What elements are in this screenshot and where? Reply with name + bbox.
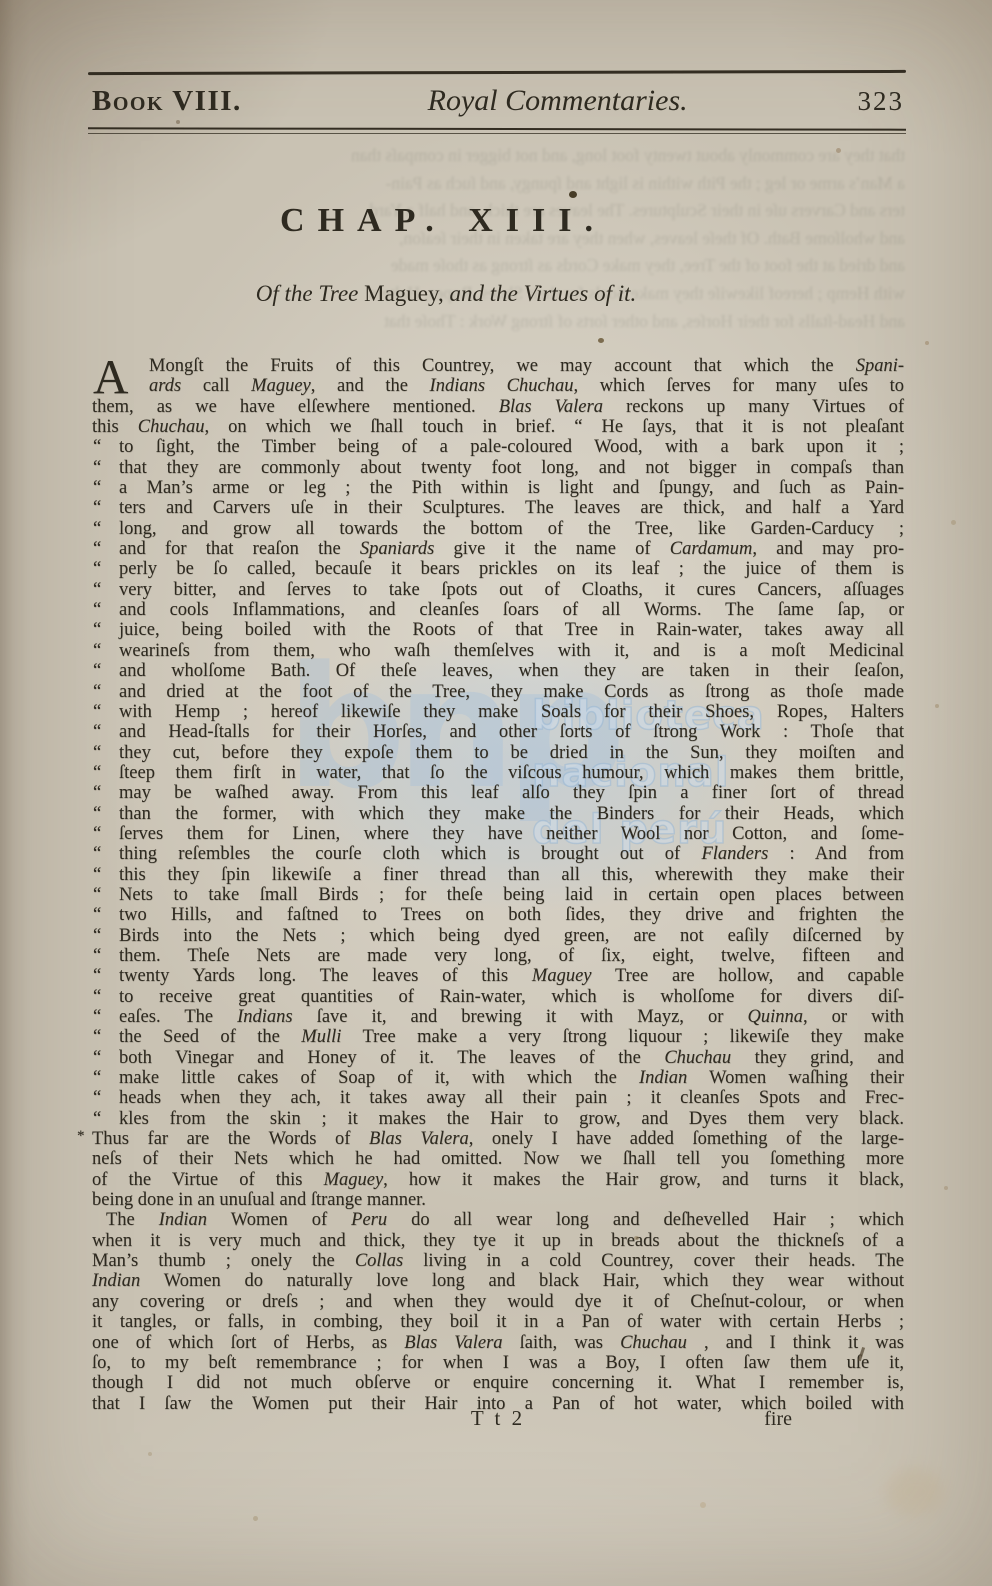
text-line: ards call Maguey, and the Indians Chucha… — [92, 376, 904, 396]
text-line: though I did not much obſerve or enquire… — [92, 1373, 904, 1393]
quote-mark: “ — [93, 905, 101, 925]
text-line: this Chuchau, on which we ſhall touch in… — [92, 417, 904, 437]
quote-mark: “ — [93, 539, 101, 559]
text-line: “to ſight, the Timber being of a pale-co… — [92, 437, 904, 457]
quote-mark: “ — [93, 763, 101, 783]
ink-spot — [569, 191, 577, 198]
paper-stain — [886, 1468, 944, 1516]
text-line: “make little cakes of Soap of it, with w… — [92, 1068, 904, 1088]
text-line: “both Vinegar and Honey of it. The leave… — [92, 1048, 904, 1068]
catchword: fire — [764, 1408, 792, 1431]
text-line: “a Man’s arme or leg ; the Pith within i… — [92, 478, 904, 498]
text-line: “wearineſs from them, who waſh themſelve… — [92, 641, 904, 661]
foxing-spot — [944, 1186, 948, 1190]
text-line: Mongſt the Fruits of this Countrey, we m… — [92, 356, 904, 376]
text-line: “long, and grow all towards the bottom o… — [92, 519, 904, 539]
text-line: Indian Women do naturally love long and … — [92, 1271, 904, 1291]
quote-mark: “ — [93, 1088, 101, 1108]
text-line: “that they are commonly about twenty foo… — [92, 458, 904, 478]
text-line: when it is very much and thick, they tye… — [92, 1231, 904, 1251]
text-line: “and cools Inflammations, and cleanſes ſ… — [92, 600, 904, 620]
text-line: “may be waſhed away. From this leaf alſo… — [92, 783, 904, 803]
text-line: “than the former, with which they make t… — [92, 804, 904, 824]
text-line: “and wholſome Bath. Of theſe leaves, whe… — [92, 661, 904, 681]
quote-mark: “ — [93, 987, 101, 1007]
text-line: “and for that reaſon the Spaniards give … — [92, 539, 904, 559]
quote-mark: “ — [93, 702, 101, 722]
text-line: “this they ſpin likewiſe a finer thread … — [92, 865, 904, 885]
text-line: “kles from the skin ; it makes the Hair … — [92, 1109, 904, 1129]
quote-mark: “ — [93, 1007, 101, 1027]
quote-mark: “ — [93, 722, 101, 742]
text-line: “thing reſembles the courſe cloth which … — [92, 844, 904, 864]
text-line: “they cut, before they expoſe them to be… — [92, 743, 904, 763]
foxing-spot — [880, 918, 885, 923]
text-line: “with Hemp ; hereof likewiſe they make S… — [92, 702, 904, 722]
text-line: “the Seed of the Mulli Tree make a very … — [92, 1027, 904, 1047]
header-rule-bottom — [88, 127, 906, 130]
text-line: “Nets to take ſmall Birds ; for theſe be… — [92, 885, 904, 905]
text-line: “Birds into the Nets ; which being dyed … — [92, 926, 904, 946]
running-title: Royal Commentaries. — [250, 84, 866, 118]
book-page-scan: Book VIII. Royal Commentaries. 323 that … — [0, 0, 992, 1586]
quote-mark: “ — [93, 620, 101, 640]
foxing-spot — [148, 1452, 152, 1456]
bleedthrough-line: and dried at the foot of the Tree, they … — [95, 252, 905, 280]
body-text: A Mongſt the Fruits of this Countrey, we… — [92, 356, 904, 1414]
text-line: neſs of their Nets which he had omitted.… — [92, 1149, 904, 1169]
quote-mark: “ — [93, 580, 101, 600]
text-line: “and Head-ſtalls for their Horſes, and o… — [92, 722, 904, 742]
text-line: Man’s thumb ; onely the Collas living in… — [92, 1251, 904, 1271]
quote-mark: “ — [93, 885, 101, 905]
text-line: “and dried at the foot of the Tree, they… — [92, 682, 904, 702]
text-line: “them. Theſe Nets are made very long, of… — [92, 946, 904, 966]
text-line: “juice, being boiled with the Roots of t… — [92, 620, 904, 640]
bleedthrough-line: that they are commonly about twenty foot… — [95, 142, 905, 170]
bleedthrough-line: and Head-ſtalls for their Horſes, and ot… — [95, 308, 905, 336]
foxing-spot — [176, 120, 180, 124]
text-line: one of which ſort of Herbs, as Blas Vale… — [92, 1333, 904, 1353]
text-line: any covering or dreſs ; and when they wo… — [92, 1292, 904, 1312]
quote-mark: “ — [93, 641, 101, 661]
text-line: them, as we have elſewhere mentioned. Bl… — [92, 397, 904, 417]
quote-mark: “ — [93, 926, 101, 946]
quote-mark: “ — [93, 966, 101, 986]
text-line: being done in an unuſual and ſtrange man… — [92, 1190, 904, 1210]
quote-mark: “ — [93, 804, 101, 824]
text-line: “two Hills, and faſtned to Trees on both… — [92, 905, 904, 925]
foxing-spot — [836, 148, 841, 153]
quote-mark: “ — [93, 1068, 101, 1088]
foxing-spot — [925, 341, 929, 345]
text-line: “ſerves them for Linen, where they have … — [92, 824, 904, 844]
page-footer: T t 2 fire — [92, 1406, 904, 1431]
foxing-spot — [253, 1516, 258, 1521]
text-line: it tangles, or falls, in combing, they b… — [92, 1312, 904, 1332]
text-line: “heads when they ach, it takes away all … — [92, 1088, 904, 1108]
book-label: Book VIII. — [92, 85, 242, 118]
text-line: “twenty Yards long. The leaves of this M… — [92, 966, 904, 986]
bleedthrough-line: a Man’s arme or leg ; the Pith within is… — [95, 170, 905, 198]
text-line: *Thus far are the Words of Blas Valera, … — [92, 1129, 904, 1149]
text-line: “to receive great quantities of Rain-wat… — [92, 987, 904, 1007]
quote-mark: “ — [93, 437, 101, 457]
text-line: The Indian Women of Peru do all wear lon… — [92, 1210, 904, 1230]
header-rule-bottom-thin — [88, 133, 906, 134]
quote-mark: “ — [93, 1048, 101, 1068]
text-line: “ſteep them firſt in water, that ſo the … — [92, 763, 904, 783]
foxing-spot — [634, 1236, 639, 1240]
quote-mark: “ — [93, 844, 101, 864]
chapter-heading: CHAP. XIII. — [37, 202, 849, 240]
quote-mark: “ — [93, 946, 101, 966]
text-line: “ters and Carvers uſe in their Sculpture… — [92, 498, 904, 518]
text-line: “perly be ſo called, becauſe it bears pr… — [92, 559, 904, 579]
margin-note-marker: * — [77, 1126, 85, 1146]
quote-mark: “ — [93, 824, 101, 844]
text-line: of the Virtue of this Maguey, how it mak… — [92, 1170, 904, 1190]
quote-mark: “ — [93, 682, 101, 702]
quote-mark: “ — [93, 519, 101, 539]
page-header: Book VIII. Royal Commentaries. 323 — [92, 84, 904, 118]
foxing-spot — [700, 1502, 706, 1508]
text-line: “eaſes. The Indians ſave it, and brewing… — [92, 1007, 904, 1027]
foxing-spot — [935, 704, 939, 708]
quote-mark: “ — [93, 478, 101, 498]
quote-mark: “ — [93, 783, 101, 803]
quote-mark: “ — [93, 600, 101, 620]
header-rule-top — [88, 70, 906, 75]
quote-mark: “ — [93, 661, 101, 681]
foxing-spot — [951, 520, 956, 525]
text-line: “very bitter, and ſerves to take ſpots o… — [92, 580, 904, 600]
quote-mark: “ — [93, 458, 101, 478]
quote-mark: “ — [93, 559, 101, 579]
quote-mark: “ — [93, 1109, 101, 1129]
chapter-subtitle: Of the Tree Maguey, and the Virtues of i… — [40, 281, 852, 307]
quote-mark: “ — [93, 865, 101, 885]
quote-mark: “ — [93, 743, 101, 763]
text-line: ſo, to my beſt remembrance ; for when I … — [92, 1353, 904, 1373]
quote-mark: “ — [93, 498, 101, 518]
quote-mark: “ — [93, 1027, 101, 1047]
foxing-spot — [598, 338, 604, 343]
drop-cap: A — [93, 352, 128, 401]
